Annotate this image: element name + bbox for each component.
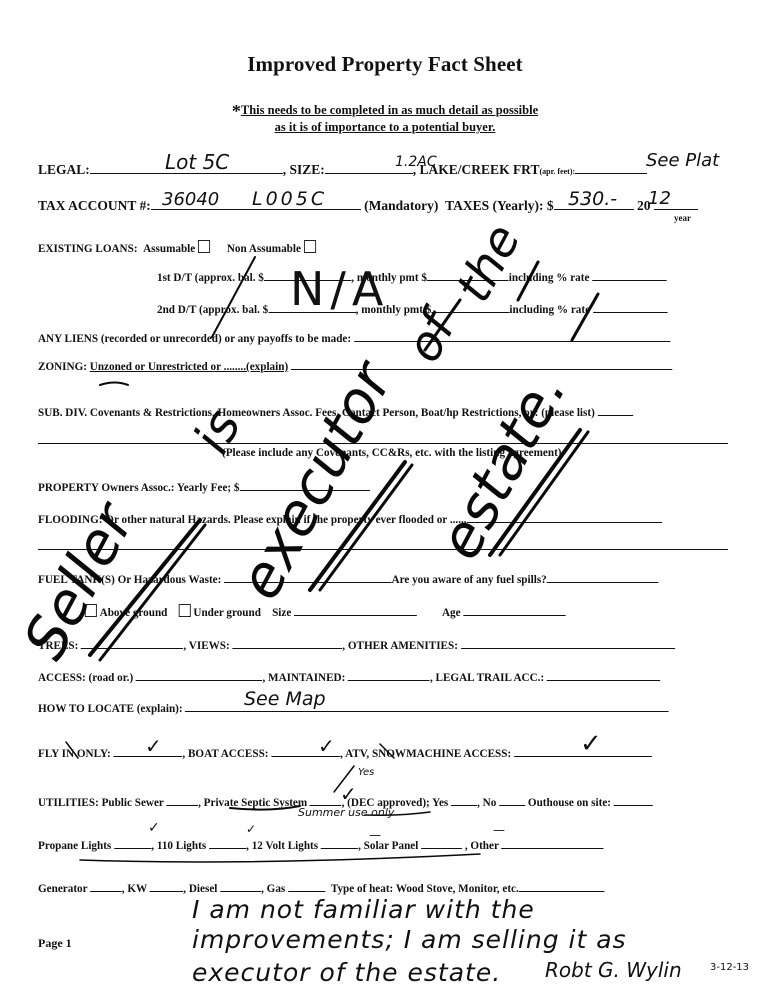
first-dt-rate-label: including % rate xyxy=(509,270,590,284)
how-to-locate-label: HOW TO LOCATE (explain): xyxy=(38,701,183,715)
generator-field[interactable] xyxy=(90,879,122,892)
tank-size-field[interactable] xyxy=(294,603,417,616)
atv-label: , ATV xyxy=(340,746,366,760)
heat-type-field[interactable] xyxy=(519,879,605,892)
tank-location-row: Above ground Under ground Size Age xyxy=(82,603,566,620)
fly-in-label: FLY IN ONLY: xyxy=(38,746,111,760)
outhouse-label: Outhouse on site: xyxy=(528,795,611,809)
fuel-tanks-row: FUEL TANK(S) Or Hazardous Waste: Are you… xyxy=(38,570,658,587)
septic-check: ✓ xyxy=(340,782,357,806)
second-dt-label: 2nd D/T (approx. bal. $ xyxy=(157,302,268,316)
dec-no-label: , No xyxy=(477,795,496,809)
solar-panel-mark: — xyxy=(493,823,505,837)
legal-trail-field[interactable] xyxy=(547,668,660,681)
public-sewer-field[interactable] xyxy=(166,793,198,806)
trees-row: TREES: , VIEWS: , OTHER AMENITIES: xyxy=(38,636,675,653)
dec-no-field[interactable] xyxy=(499,793,525,806)
legal-row: LEGAL:, SIZE:, LAKE/CREEK FRT(apr. feet)… xyxy=(38,161,647,178)
zoning-options: Unzoned or Unrestricted or ........(expl… xyxy=(90,359,288,373)
lights-row: Propane Lights , 110 Lights , 12 Volt Li… xyxy=(38,836,604,853)
fly-in-row: FLY IN ONLY: , BOAT ACCESS: , ATV, SNOWM… xyxy=(38,744,652,761)
maintained-label: , MAINTAINED: xyxy=(262,670,345,684)
liens-row: ANY LIENS (recorded or unrecorded) or an… xyxy=(38,329,670,346)
septic-note: Summer use only xyxy=(298,806,394,819)
page-number: Page 1 xyxy=(38,936,72,951)
overlay-word-the: the xyxy=(445,215,531,311)
amenities-field[interactable] xyxy=(461,636,675,649)
tank-age-label: Age xyxy=(442,605,461,619)
statement-line-3: executor of the estate. xyxy=(192,958,501,987)
views-label: , VIEWS: xyxy=(183,638,229,652)
12v-lights-mark: — xyxy=(369,828,381,842)
statement-line-1: I am not familiar with the xyxy=(192,895,535,924)
other-lights-label: , Other xyxy=(465,838,499,852)
statement-line-2: improvements; I am selling it as xyxy=(192,925,627,954)
110-lights-field[interactable] xyxy=(209,836,246,849)
lake-creek-value: See Plat xyxy=(646,150,719,171)
zoning-underline xyxy=(100,383,128,386)
access-field[interactable] xyxy=(136,668,262,681)
boat-access-label: , BOAT ACCESS: xyxy=(182,746,268,760)
kw-field[interactable] xyxy=(150,879,183,892)
non-assumable-label: Non Assumable xyxy=(227,241,301,255)
assumable-label: Assumable xyxy=(143,241,195,255)
under-ground-label: Under ground xyxy=(193,605,261,619)
solar-panel-field[interactable] xyxy=(421,836,462,849)
snowmachine-check: ✓ xyxy=(580,729,602,759)
access-row: ACCESS: (road or.) , MAINTAINED: , LEGAL… xyxy=(38,668,660,685)
how-to-locate-row: HOW TO LOCATE (explain): xyxy=(38,699,669,716)
12v-lights-label: , 12 Volt Lights xyxy=(246,838,318,852)
gas-field[interactable] xyxy=(288,879,325,892)
kw-label: , KW xyxy=(122,881,147,895)
propane-lights-check: ✓ xyxy=(148,820,160,836)
first-dt-label: 1st D/T (approx. bal. $ xyxy=(157,270,264,284)
propane-lights-field[interactable] xyxy=(114,836,151,849)
trees-field[interactable] xyxy=(81,636,183,649)
tax-account-value-part2: L005C xyxy=(252,188,327,210)
flooding-line-2[interactable] xyxy=(38,549,728,550)
tank-age-field[interactable] xyxy=(463,603,565,616)
mandatory-label: (Mandatory) xyxy=(364,198,438,213)
gas-label: , Gas xyxy=(261,881,285,895)
lake-creek-field[interactable] xyxy=(575,161,647,174)
non-assumable-checkbox[interactable] xyxy=(304,240,316,253)
tax-account-value-part1: 36040 xyxy=(162,189,219,210)
110-lights-label: , 110 Lights xyxy=(151,838,206,852)
diesel-field[interactable] xyxy=(220,879,261,892)
document-title: Improved Property Fact Sheet xyxy=(0,52,770,77)
tax-account-label: TAX ACCOUNT #: xyxy=(38,198,151,213)
tax-year-value: 12 xyxy=(648,188,671,209)
access-label: ACCESS: (road or.) xyxy=(38,670,133,684)
lake-creek-sub-label: (apr. feet): xyxy=(539,167,575,176)
existing-loans-label: EXISTING LOANS: xyxy=(38,241,138,255)
instruction-note-line-2: as it is of importance to a potential bu… xyxy=(0,120,770,135)
second-dt-rate-label: including % rate xyxy=(509,302,590,316)
subdivision-field[interactable] xyxy=(598,403,633,416)
boat-access-check: ✓ xyxy=(318,734,335,758)
12v-lights-field[interactable] xyxy=(321,836,358,849)
asterisk-icon: * xyxy=(232,101,241,122)
instruction-note-line-1: *This needs to be completed in as much d… xyxy=(0,101,770,122)
outhouse-field[interactable] xyxy=(614,793,653,806)
loans-na-value: N/A xyxy=(290,262,389,316)
zoning-label: ZONING: xyxy=(38,359,87,373)
110-lights-check: ✓ xyxy=(246,822,256,836)
septic-annotation: Yes xyxy=(358,767,374,778)
above-ground-label: Above ground xyxy=(100,605,168,619)
legal-label: LEGAL: xyxy=(38,162,90,177)
lights-underline xyxy=(80,854,480,862)
heat-type-label: Type of heat: Wood Stove, Monitor, etc. xyxy=(331,881,519,895)
legal-value: Lot 5C xyxy=(165,150,229,174)
dec-yes-field[interactable] xyxy=(451,793,477,806)
overlay-word-estate: estate. xyxy=(425,361,579,570)
fact-sheet-page: Improved Property Fact Sheet *This needs… xyxy=(0,0,770,1000)
other-lights-field[interactable] xyxy=(502,836,604,849)
size-value: 1.2AC xyxy=(395,154,437,170)
solar-panel-label: , Solar Panel xyxy=(358,838,418,852)
amenities-label: , OTHER AMENITIES: xyxy=(342,638,458,652)
size-label: , SIZE: xyxy=(283,162,325,177)
assumable-checkbox[interactable] xyxy=(198,240,210,253)
existing-loans-row: EXISTING LOANS: Assumable Non Assumable xyxy=(38,240,319,256)
subdivision-line-2[interactable] xyxy=(38,443,728,444)
utilities-label: UTILITIES: Public Sewer xyxy=(38,795,164,809)
signature-date: 3-12-13 xyxy=(710,962,749,973)
fly-in-check: ✓ xyxy=(145,734,162,758)
generator-label: Generator xyxy=(38,881,87,895)
owners-assoc-label: PROPERTY Owners Assoc.: Yearly Fee; $ xyxy=(38,480,239,494)
legal-trail-label: , LEGAL TRAIL ACC.: xyxy=(430,670,544,684)
liens-label: ANY LIENS (recorded or unrecorded) or an… xyxy=(38,331,351,345)
maintained-field[interactable] xyxy=(348,668,430,681)
second-dt-rate-field[interactable] xyxy=(593,300,667,313)
views-field[interactable] xyxy=(233,636,343,649)
signature: Robt G. Wylin xyxy=(545,958,682,982)
taxes-label: TAXES (Yearly): $ xyxy=(445,198,554,213)
first-dt-row: 1st D/T (approx. bal. $, monthly pmt $in… xyxy=(157,268,667,285)
fuel-spills-field[interactable] xyxy=(547,570,659,583)
diesel-label: , Diesel xyxy=(183,881,217,895)
year-caption: year xyxy=(674,213,691,223)
septic-label: , Private Septic System xyxy=(198,795,307,809)
under-ground-checkbox[interactable] xyxy=(179,604,191,617)
propane-lights-label: Propane Lights xyxy=(38,838,111,852)
septic-field[interactable] xyxy=(310,793,342,806)
first-dt-rate-field[interactable] xyxy=(592,268,666,281)
fuel-spills-label: Are you aware of any fuel spills? xyxy=(392,572,547,586)
generator-row: Generator , KW , Diesel , Gas Type of he… xyxy=(38,879,604,896)
how-to-locate-value: See Map xyxy=(244,688,326,710)
taxes-value: 530.- xyxy=(568,188,617,210)
snowmachine-label: , SNOWMACHINE ACCESS: xyxy=(366,746,511,760)
